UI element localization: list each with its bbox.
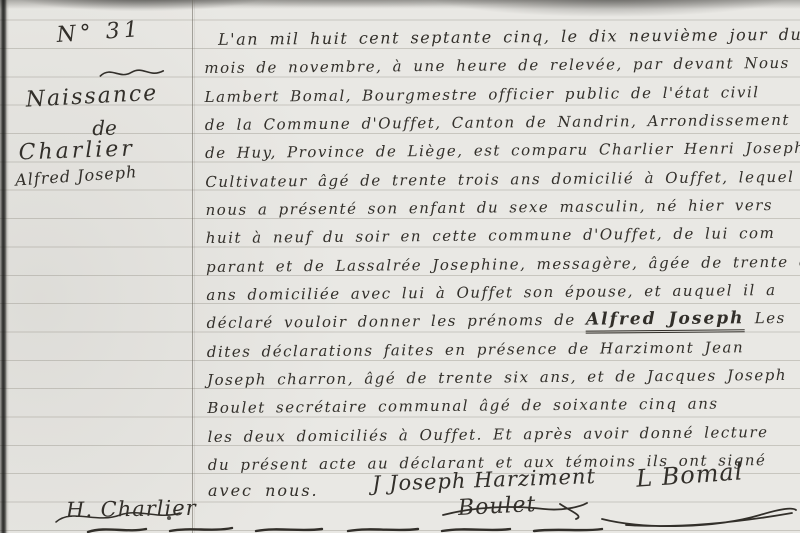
margin-title-naissance: Naissance bbox=[25, 81, 159, 113]
next-entry-partial-strokes bbox=[74, 525, 634, 533]
signature-bomal: L Bomal bbox=[635, 457, 744, 492]
civil-register-scan: N° 31 Naissance de Charlier Alfred Josep… bbox=[0, 0, 800, 533]
act-line-text: déclaré vouloir donner les prénoms de bbox=[207, 311, 587, 332]
closing-phrase: avec nous. bbox=[208, 481, 319, 500]
signature-flourish-boulet bbox=[440, 500, 590, 522]
ink-dot bbox=[167, 516, 171, 520]
page-binding-edge bbox=[0, 0, 9, 533]
margin-title-surname: Charlier bbox=[18, 136, 135, 165]
declared-name: Alfred Joseph bbox=[586, 309, 745, 334]
margin-rule-line bbox=[192, 0, 193, 533]
act-number: N° 31 bbox=[56, 17, 143, 48]
act-line-text: Les bbox=[744, 309, 785, 327]
act-body-text: L'an mil huit cent septante cinq, le dix… bbox=[204, 21, 800, 480]
margin-column: N° 31 Naissance de Charlier Alfred Josep… bbox=[8, 0, 190, 2]
flourish-squiggle bbox=[97, 65, 167, 82]
margin-title-firstnames: Alfred Joseph bbox=[15, 162, 138, 189]
